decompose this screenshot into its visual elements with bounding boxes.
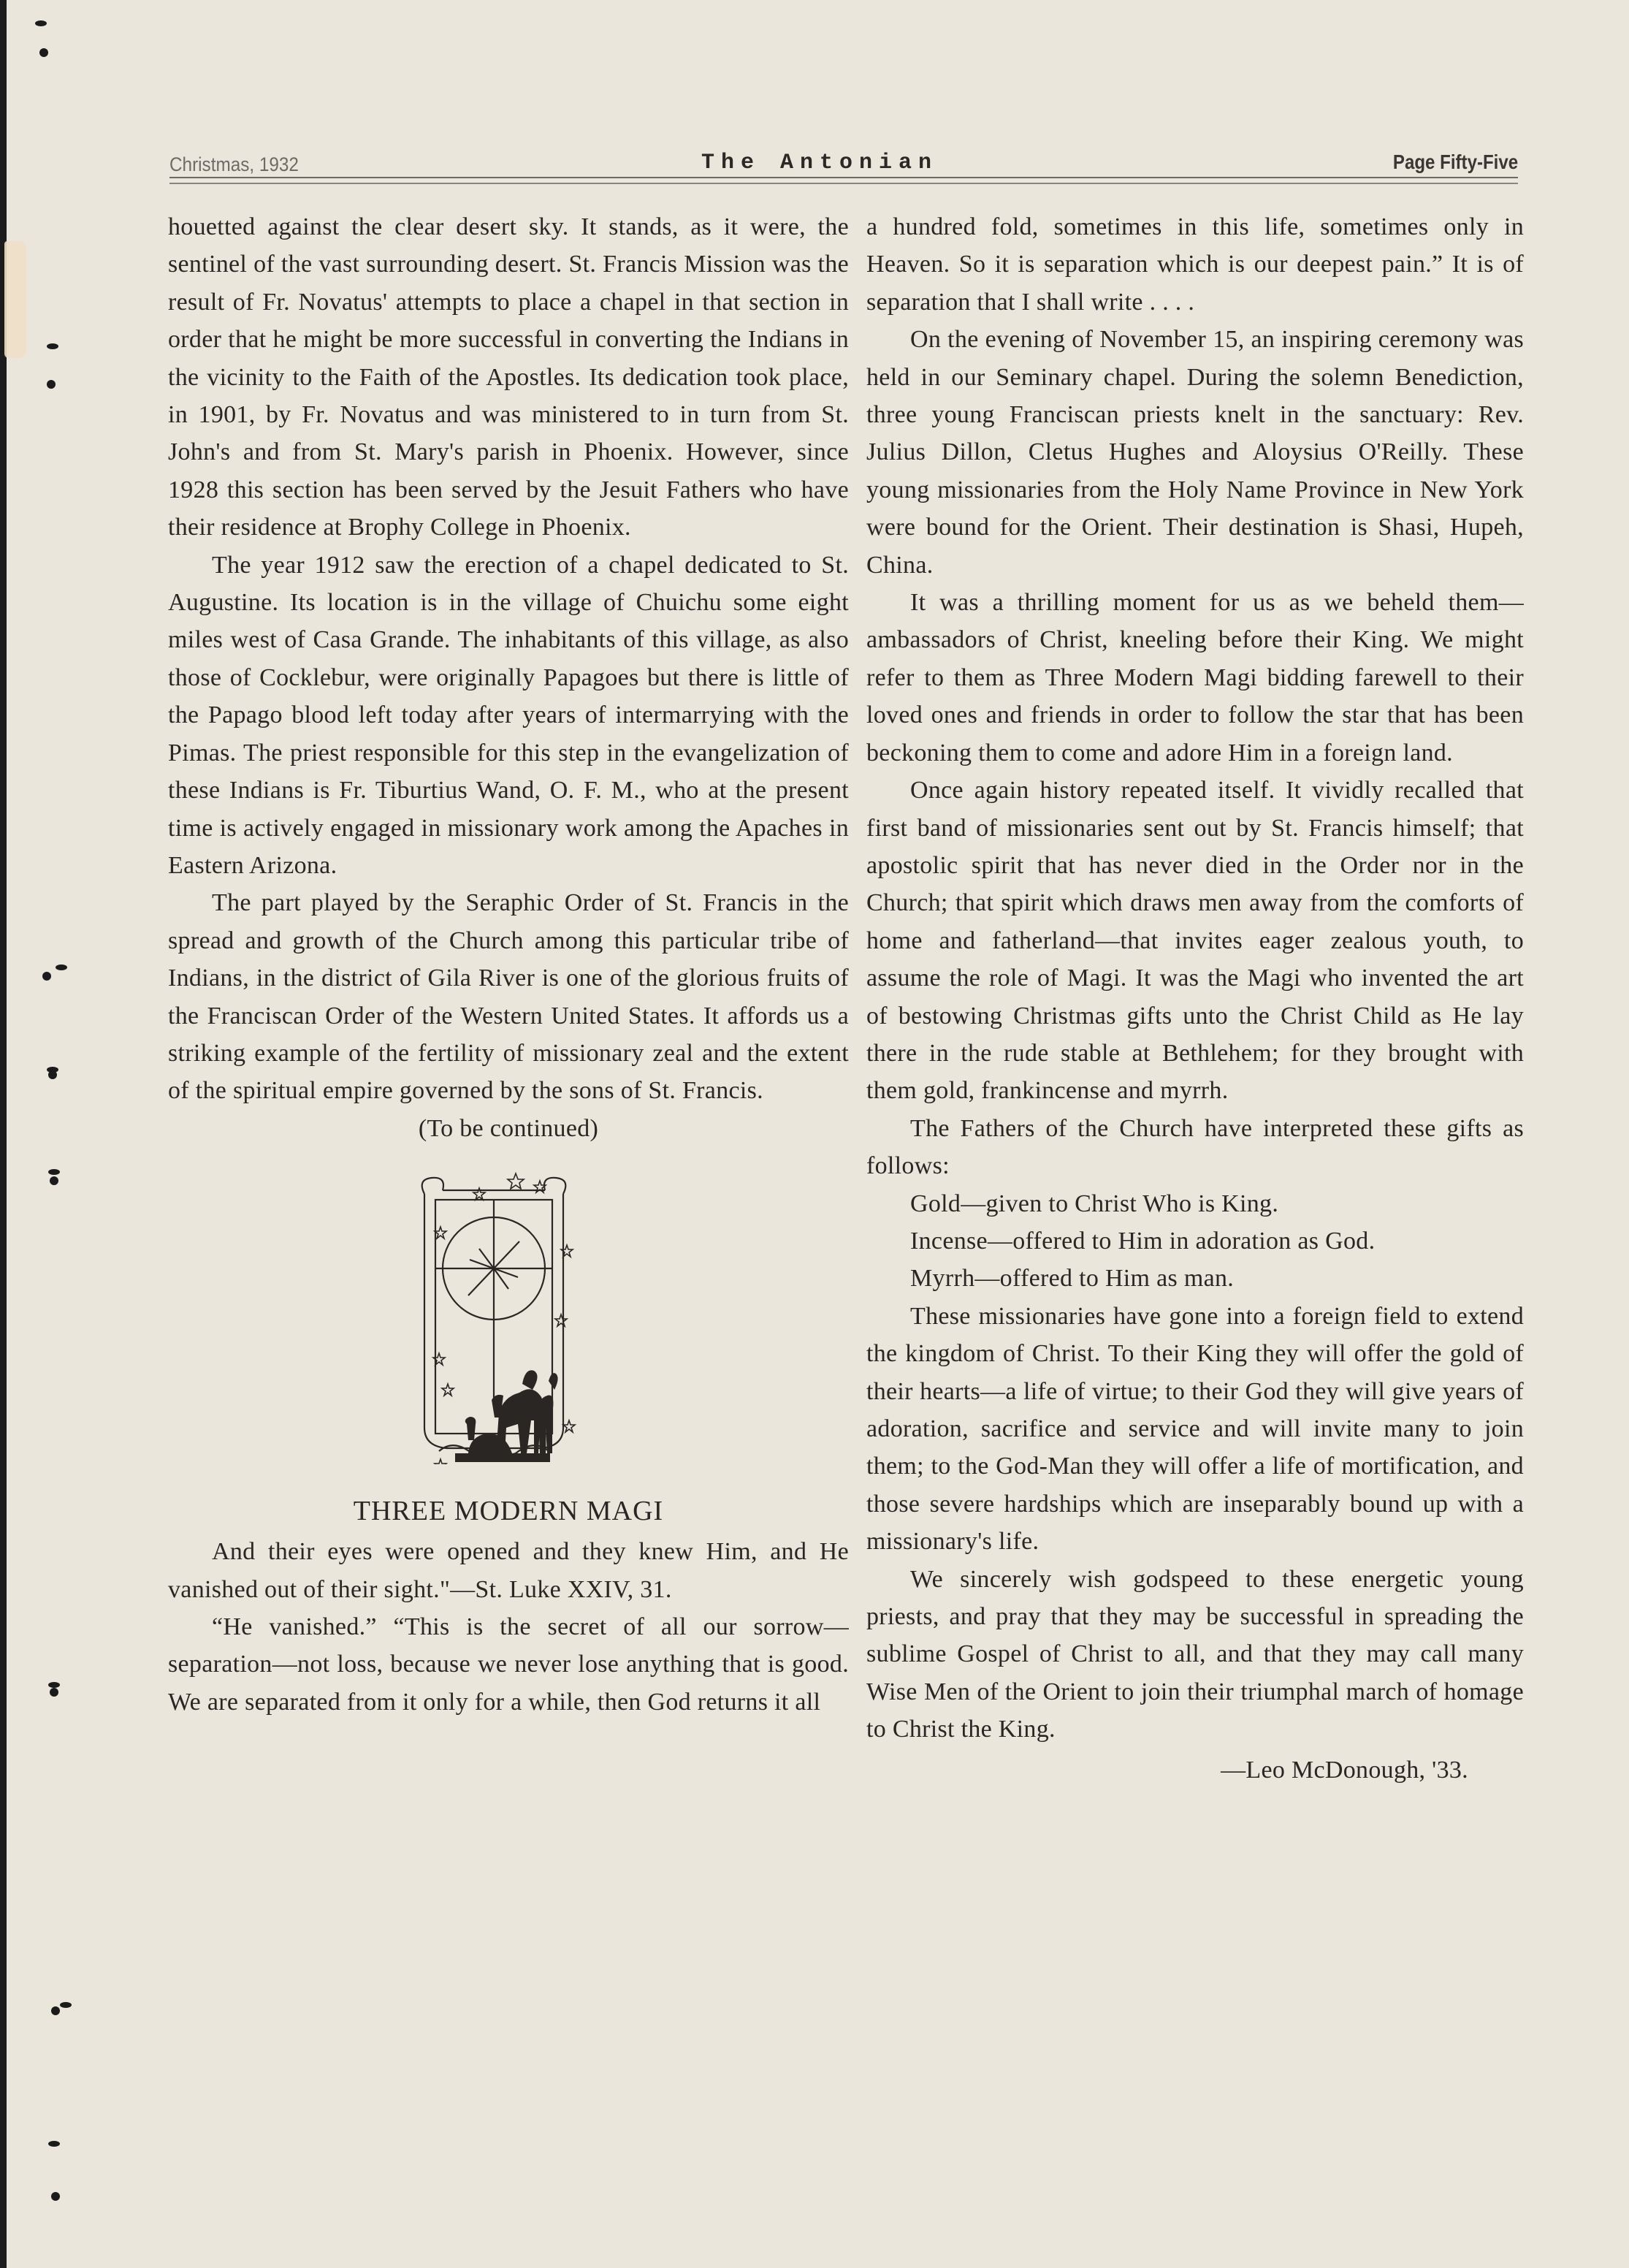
paragraph: On the evening of November 15, an inspir… <box>866 321 1524 584</box>
punch-hole <box>48 1169 60 1175</box>
punch-hole <box>48 1682 60 1688</box>
right-column: a hundred fold, sometimes in this life, … <box>866 208 1524 1789</box>
paragraph: houetted against the clear desert sky. I… <box>168 208 849 547</box>
punch-hole <box>48 1070 57 1079</box>
tape-remnant <box>4 241 26 358</box>
paragraph: a hundred fold, sometimes in this life, … <box>866 208 1524 321</box>
punch-hole <box>50 1176 58 1185</box>
magi-illustration-icon <box>403 1165 585 1464</box>
header-rule <box>169 177 1518 178</box>
issue-date: Christmas, 1932 <box>169 153 299 176</box>
punch-hole <box>50 1688 58 1697</box>
punch-hole <box>60 2002 72 2008</box>
paragraph: It was a thrilling moment for us as we b… <box>866 584 1524 772</box>
paragraph: The year 1912 saw the erection of a chap… <box>168 547 849 885</box>
page-number: Page Fifty-Five <box>1393 151 1518 174</box>
gift-item-myrrh: Myrrh—offered to Him as man. <box>866 1260 1524 1297</box>
left-column: houetted against the clear desert sky. I… <box>168 208 849 1721</box>
punch-hole <box>47 380 56 389</box>
paragraph: The Fathers of the Church have interpret… <box>866 1110 1524 1185</box>
punch-hole <box>51 2192 60 2201</box>
paragraph: Once again history repeated itself. It v… <box>866 772 1524 1110</box>
epigraph: And their eyes were opened and they knew… <box>168 1533 849 1608</box>
punch-hole <box>48 2141 60 2147</box>
three-magi-window-illustration <box>403 1165 585 1464</box>
punch-hole <box>56 964 67 970</box>
gift-item-gold: Gold—given to Christ Who is King. <box>866 1185 1524 1222</box>
punch-hole <box>39 48 48 57</box>
author-signature: —Leo McDonough, '33. <box>866 1751 1524 1789</box>
paragraph: We sincerely wish godspeed to these ener… <box>866 1561 1524 1748</box>
punch-hole <box>35 20 47 26</box>
header-rule <box>169 183 1518 184</box>
punch-hole <box>51 2006 60 2015</box>
publication-title: The Antonian <box>701 151 938 175</box>
article-title: THREE MODERN MAGI <box>168 1493 849 1529</box>
paragraph: “He vanished.” “This is the secret of al… <box>168 1608 849 1721</box>
continued-note: (To be continued) <box>168 1110 849 1147</box>
running-header: Christmas, 1932 The Antonian Page Fifty-… <box>169 151 1518 180</box>
gift-item-incense: Incense—offered to Him in adoration as G… <box>866 1222 1524 1260</box>
paragraph: These missionaries have gone into a fore… <box>866 1298 1524 1561</box>
paragraph: The part played by the Seraphic Order of… <box>168 884 849 1109</box>
punch-hole <box>42 972 51 981</box>
punch-hole <box>47 343 58 349</box>
